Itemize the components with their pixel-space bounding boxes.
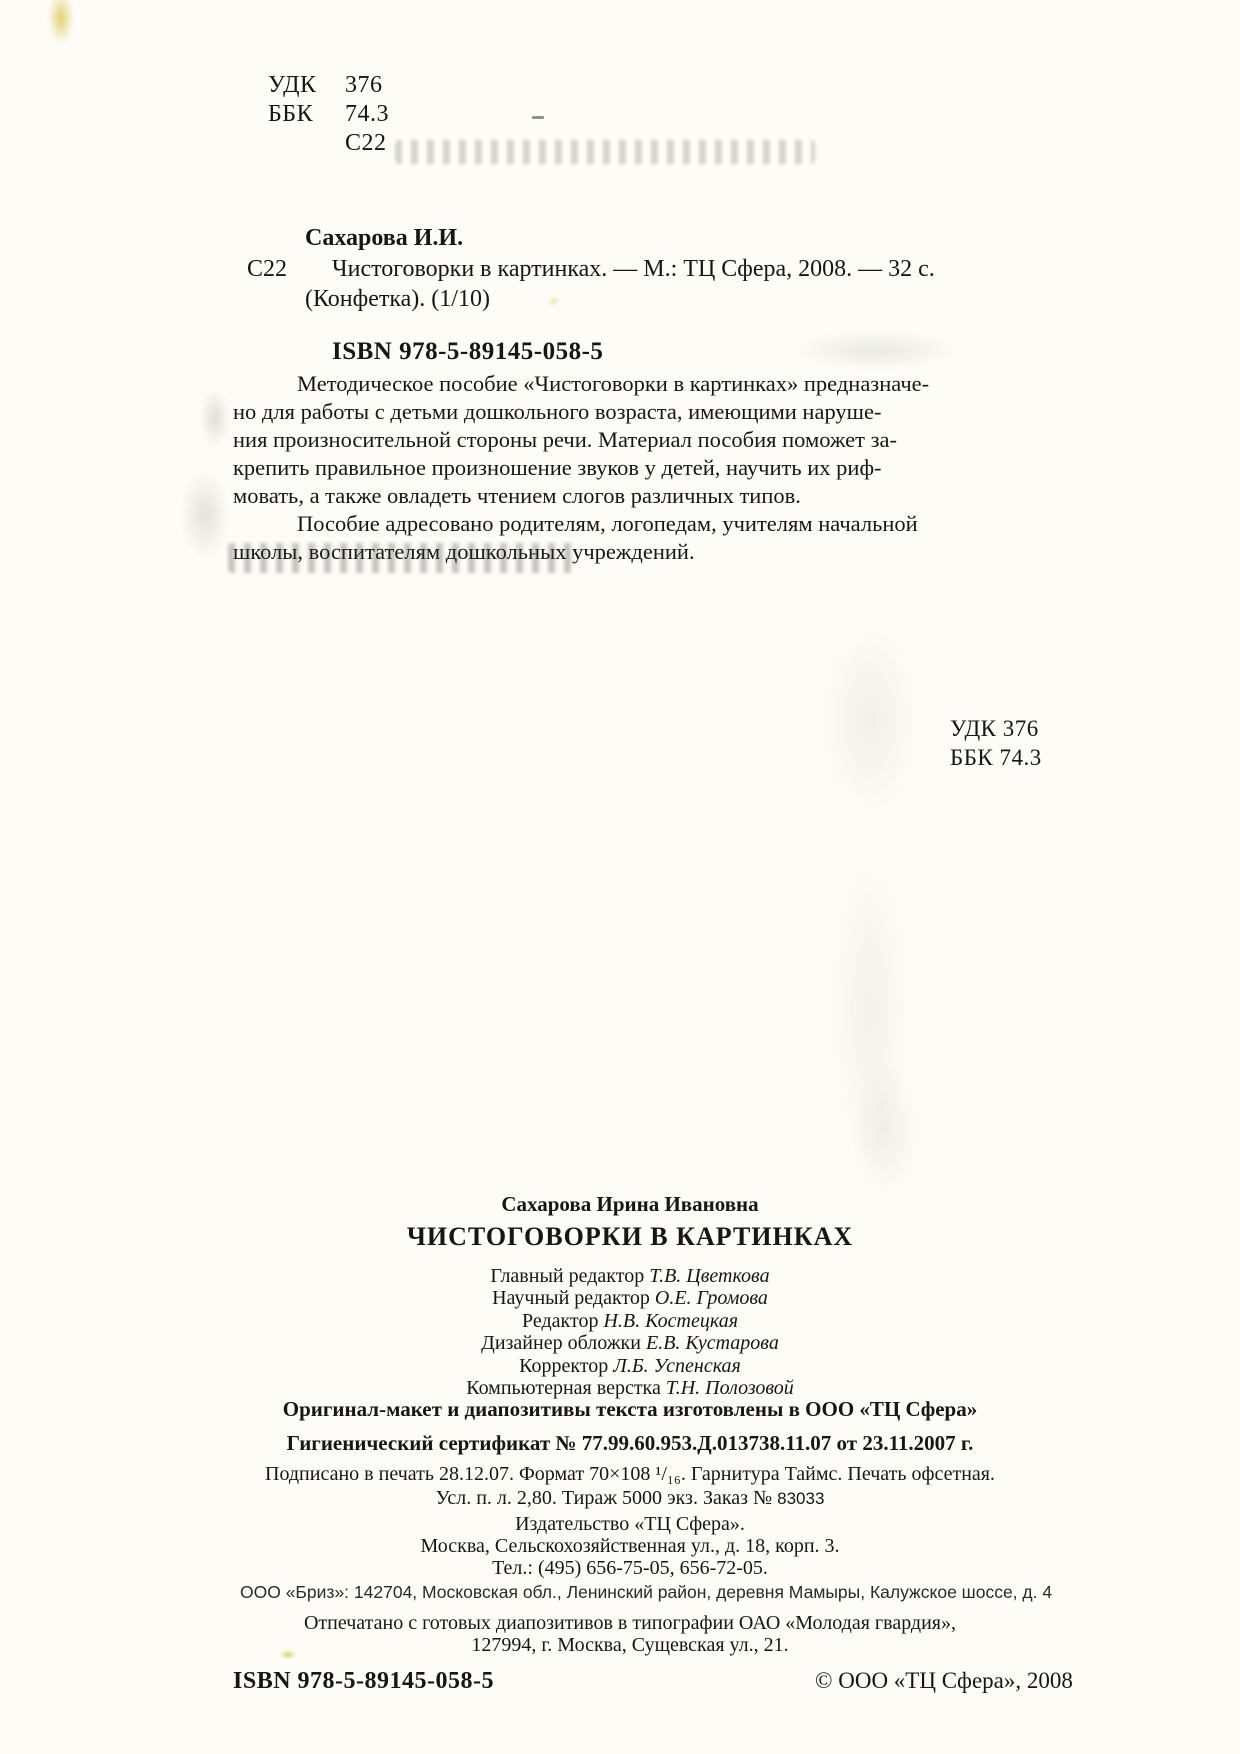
colophon-author: Сахарова Ирина Ивановна: [240, 1192, 1020, 1217]
udk-label: УДК: [268, 72, 345, 99]
scan-artifact: [548, 296, 560, 306]
scan-artifact: [395, 140, 815, 164]
publisher-address: Москва, Сельскохозяйственная ул., д. 18,…: [240, 1535, 1020, 1558]
bbk-right: ББК 74.3: [950, 745, 1042, 771]
credit-name: Т.Н. Полозовой: [666, 1377, 794, 1399]
credit-name: Л.Б. Успенская: [613, 1355, 741, 1377]
layout-note: Оригинал-макет и диапозитивы текста изго…: [240, 1397, 1020, 1422]
credit-name: О.Е. Громова: [655, 1287, 768, 1309]
annotation-line: Пособие адресовано родителям, логопедам,…: [233, 510, 953, 538]
print-line-2: Усл. п. л. 2,80. Тираж 5000 экз. Заказ №…: [240, 1487, 1020, 1510]
catalog-code: С22: [345, 130, 387, 157]
bib-entry: Чистоговорки в картинках. — М.: ТЦ Сфера…: [332, 256, 935, 283]
imprint-page: УДК376 ББК74.3 С22 Сахарова И.И. С22 Чис…: [0, 0, 1240, 1754]
scan-artifact: [532, 116, 544, 119]
printed-at-2: 127994, г. Москва, Сущевская ул., 21.: [240, 1634, 1020, 1657]
annotation-line: но для работы с детьми дошкольного возра…: [233, 398, 953, 426]
udk-value: 376: [345, 72, 383, 98]
bbk-line: ББК74.3: [268, 101, 389, 128]
annotation-line: ния произносительной стороны речи. Матер…: [233, 426, 953, 454]
scan-artifact: [850, 1060, 920, 1200]
distributor-line: ООО «Бриз»: 142704, Московская обл., Лен…: [240, 1582, 1020, 1603]
scan-artifact: [200, 388, 230, 448]
bbk-label: ББК: [268, 101, 345, 128]
print-line-2-text: Усл. п. л. 2,80. Тираж 5000 экз. Заказ №: [436, 1487, 778, 1509]
credit-name: Е.В. Кустарова: [646, 1332, 779, 1354]
credit-role: Компьютерная верстка: [466, 1377, 666, 1399]
bib-code: С22: [247, 256, 287, 283]
bib-entry-series: (Конфетка). (1/10): [305, 286, 490, 313]
scan-artifact: [820, 620, 920, 820]
credit-role: Редактор: [522, 1310, 603, 1332]
certificate-line: Гигиенический сертификат № 77.99.60.953.…: [240, 1431, 1020, 1456]
credit-role: Главный редактор: [490, 1265, 649, 1287]
annotation: Методическое пособие «Чистоговорки в кар…: [233, 370, 953, 566]
annotation-line: мовать, а также овладеть чтением слогов …: [233, 482, 953, 510]
publisher-phone: Тел.: (495) 656-75-05, 656-72-05.: [240, 1557, 1020, 1580]
credit-name: Т.В. Цветкова: [649, 1265, 769, 1287]
credit-line: Главный редактор Т.В. Цветкова: [240, 1265, 1020, 1287]
annotation-line: крепить правильное произношение звуков у…: [233, 454, 953, 482]
copyright-line: © ООО «ТЦ Сфера», 2008: [815, 1668, 1073, 1694]
credit-line: Научный редактор О.Е. Громова: [240, 1287, 1020, 1309]
annotation-line: школы, воспитателям дошкольных учреждени…: [233, 538, 953, 566]
publisher-line: Издательство «ТЦ Сфера».: [240, 1513, 1020, 1536]
credit-name: Н.В. Костецкая: [603, 1310, 738, 1332]
udk-right: УДК 376: [950, 716, 1039, 742]
udk-line: УДК376: [268, 72, 383, 99]
print-line-1: Подписано в печать 28.12.07. Формат 70×1…: [240, 1463, 1020, 1486]
bib-author: Сахарова И.И.: [305, 225, 463, 252]
scan-artifact: [790, 330, 960, 370]
credit-line: Корректор Л.Б. Успенская: [240, 1355, 1020, 1377]
isbn-top: ISBN 978-5-89145-058-5: [332, 338, 603, 366]
scan-artifact: [180, 470, 230, 560]
credit-line: Редактор Н.В. Костецкая: [240, 1310, 1020, 1332]
scan-artifact: [48, 0, 74, 44]
printed-at-1: Отпечатано с готовых диапозитивов в типо…: [240, 1612, 1020, 1635]
scan-artifact: [830, 850, 910, 1170]
credit-line: Дизайнер обложки Е.В. Кустарова: [240, 1332, 1020, 1354]
book-title: ЧИСТОГОВОРКИ В КАРТИНКАХ: [240, 1222, 1020, 1252]
credit-role: Корректор: [519, 1355, 613, 1377]
annotation-line: Методическое пособие «Чистоговорки в кар…: [233, 370, 953, 398]
order-number: 83033: [777, 1489, 824, 1508]
isbn-footer: ISBN 978-5-89145-058-5: [233, 1668, 494, 1695]
credit-role: Дизайнер обложки: [481, 1332, 646, 1354]
bbk-value: 74.3: [345, 101, 389, 127]
credits-list: Главный редактор Т.В. Цветкова Научный р…: [240, 1265, 1020, 1399]
credit-role: Научный редактор: [492, 1287, 655, 1309]
